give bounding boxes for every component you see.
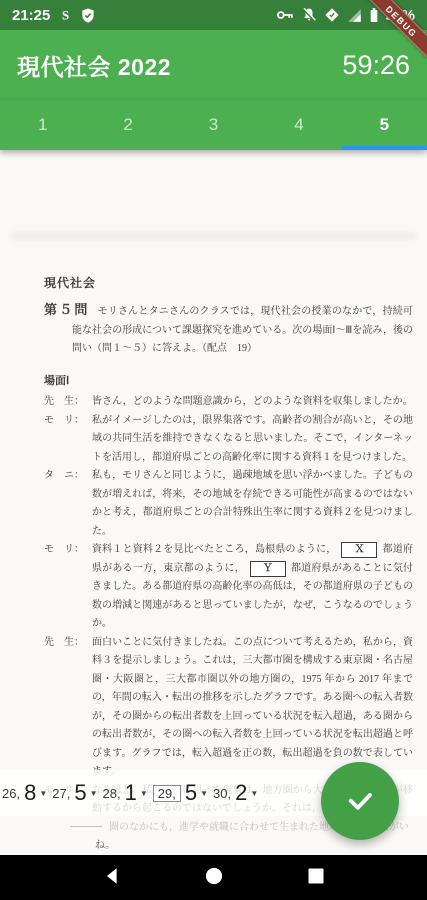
answer-number: 30, [213, 786, 231, 801]
dialogue-line: 先 生：皆さん，どのような問題意識から，どのような資料を収集しましたか。 [44, 393, 413, 412]
app-bar: 現代社会 2022 59:26 [0, 30, 427, 100]
answer-number: 27, [52, 786, 70, 801]
tab-question-3[interactable]: 3 [171, 100, 256, 150]
s-badge-icon: S [58, 7, 73, 23]
answer-value: 2 [235, 780, 247, 806]
speaker-label: モ リ： [44, 412, 92, 468]
tab-question-1[interactable]: 1 [0, 100, 85, 150]
speech-text: 資料１と資料２を見比べたところ，島根県のように，Ｘ都道府県がある一方，東京都のよ… [92, 541, 413, 634]
status-left-icons: S [58, 7, 96, 24]
question-tab-bar: 12345 [0, 100, 427, 150]
home-button[interactable] [201, 863, 227, 892]
tab-question-5[interactable]: 5 [342, 100, 427, 150]
answer-dropdown-29[interactable]: 29,5▼ [153, 780, 208, 806]
dropdown-arrow-icon: ▼ [90, 789, 98, 798]
dialogue-line: モ リ：私がイメージしたのは，限界集落です。高齢者の割合が高いと，その地域の共同… [44, 412, 413, 468]
dropdown-arrow-icon: ▼ [200, 789, 208, 798]
scene-label: 場面Ⅰ [44, 372, 413, 391]
recents-icon [305, 865, 327, 890]
diamond-check-icon [324, 7, 340, 23]
blank-box: Ｘ [341, 542, 377, 558]
battery-icon [369, 7, 379, 23]
blank-underline [70, 826, 102, 827]
status-bar: 21:25 S 97% [0, 0, 427, 30]
dialogue-line: 先 生：面白いことに気付きましたね。この点について考えるため，私から，資料３を提… [44, 634, 413, 782]
speaker-label: モ リ： [44, 541, 92, 634]
svg-text:S: S [62, 7, 69, 22]
exam-document: 現代社会 第５問モリさんとタニさんのクラスでは，現代社会の授業のなかで，持続可能… [0, 150, 427, 855]
dropdown-arrow-icon: ▼ [250, 789, 258, 798]
subject-header: 現代社会 [44, 274, 413, 292]
answer-number: 26, [2, 786, 20, 801]
speech-text: 皆さん，どのような問題意識から，どのような資料を収集しましたか。 [92, 393, 413, 412]
vpn-key-icon [276, 8, 294, 22]
dropdown-arrow-icon: ▼ [140, 789, 148, 798]
answer-value: 8 [24, 780, 36, 806]
speech-text: 私がイメージしたのは，限界集落です。高齢者の割合が高いと，その地域の共同生活を維… [92, 412, 413, 468]
answer-number-highlighted: 29, [153, 785, 181, 802]
answer-value: 5 [185, 780, 197, 806]
answer-value: 5 [74, 780, 86, 806]
question-intro-text: モリさんとタニさんのクラスでは，現代社会の授業のなかで，持続可能な社会の形成につ… [72, 306, 413, 354]
back-button[interactable] [99, 863, 125, 892]
document-viewer[interactable]: 現代社会 第５問モリさんとタニさんのクラスでは，現代社会の授業のなかで，持続可能… [0, 150, 427, 855]
speaker-label: 先 生： [44, 634, 92, 782]
clock: 21:25 [12, 7, 50, 24]
question-intro: 第５問モリさんとタニさんのクラスでは，現代社会の授業のなかで，持続可能な社会の形… [72, 301, 413, 359]
dialogue-list: 先 生：皆さん，どのような問題意識から，どのような資料を収集しましたか。モ リ：… [44, 393, 413, 819]
blank-box: Ｙ [250, 561, 286, 577]
answer-dropdown-27[interactable]: 27,5▼ [52, 780, 97, 806]
tail-text-line: ね。 [95, 837, 413, 855]
speech-text: 私も，モリさんと同じように，過疎地域を思い浮かべました。子どもの数が増えれば，将… [92, 467, 413, 541]
speaker-label: タ ニ： [44, 467, 92, 541]
recents-button[interactable] [303, 863, 329, 892]
answer-dropdown-26[interactable]: 26,8▼ [2, 780, 47, 806]
shield-check-icon [80, 7, 96, 24]
check-icon [343, 783, 377, 820]
dropdown-arrow-icon: ▼ [39, 789, 47, 798]
answer-dropdown-28[interactable]: 28,1▼ [103, 780, 148, 806]
dialogue-line: モ リ：資料１と資料２を見比べたところ，島根県のように，Ｘ都道府県がある一方，東… [44, 541, 413, 634]
android-nav-bar [0, 855, 427, 900]
cell-signal-icon [347, 8, 362, 23]
tab-question-2[interactable]: 2 [85, 100, 170, 150]
question-number-label: 第５問 [44, 302, 90, 317]
countdown-timer: 59:26 [342, 50, 410, 81]
answer-number: 28, [103, 786, 121, 801]
answer-dropdown-30[interactable]: 30,2▼ [213, 780, 258, 806]
submit-button[interactable] [321, 762, 399, 840]
page-title: 現代社会 2022 [17, 49, 171, 82]
tab-question-4[interactable]: 4 [256, 100, 341, 150]
speech-text: 面白いことに気付きましたね。この点について考えるため，私から，資料３を提示しまし… [92, 634, 413, 782]
home-icon [203, 865, 225, 890]
dialogue-line: タ ニ：私も，モリさんと同じように，過疎地域を思い浮かべました。子どもの数が増え… [44, 467, 413, 541]
back-icon [101, 865, 123, 890]
answer-value: 1 [125, 780, 137, 806]
bell-muted-icon [301, 7, 317, 23]
speaker-label: 先 生： [44, 393, 92, 412]
